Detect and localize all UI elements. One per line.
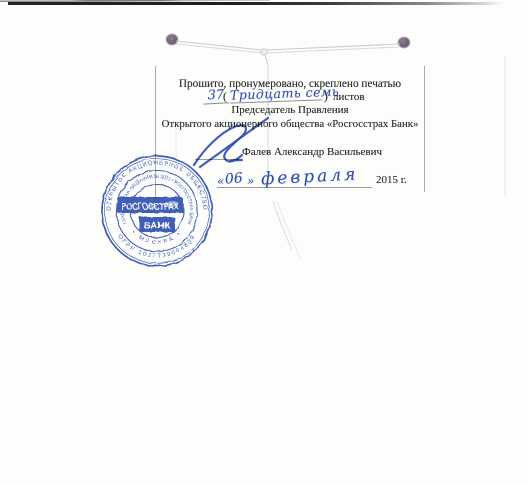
- seal-center-bar-2: [139, 217, 175, 232]
- sheet-count-close-paren: ): [324, 91, 328, 103]
- scanned-document-page: Прошито, пронумеровано, скреплено печать…: [0, 0, 529, 485]
- date-year: 2015 г.: [376, 174, 407, 186]
- svg-text:ОГРН 1027739004809: ОГРН 1027739004809: [116, 234, 198, 260]
- grommet-right: [398, 37, 410, 48]
- date-open-quote: «: [217, 174, 224, 188]
- label-line-company: Открытого акционерного общества «Росгосс…: [155, 118, 425, 130]
- seal-inner-ring-bottom-text: • МОСКВА •: [130, 230, 183, 246]
- sheet-count-words: Тридцать семь: [230, 84, 323, 103]
- date-close-quote: »: [247, 174, 254, 188]
- signature-underline: [195, 159, 239, 160]
- stitch-label: Прошито, пронумеровано, скреплено печать…: [155, 66, 425, 200]
- sheet-count-open-paren: (: [223, 91, 227, 103]
- seal-center-text-2: БАНК: [144, 221, 171, 232]
- sheet-count-suffix: листов: [333, 91, 365, 103]
- thread-knot: [261, 49, 268, 56]
- svg-text:• МОСКВА •: • МОСКВА •: [130, 230, 183, 246]
- grommet-left: [166, 34, 178, 45]
- date-month: февраля: [261, 164, 359, 189]
- seal-center-text-1: РОСГОССТРАХ: [121, 202, 180, 213]
- seal-outer-ring-bottom-text: ОГРН 1027739004809: [116, 234, 198, 260]
- label-line-role: Председатель Правления: [155, 104, 425, 116]
- signer-name: Фалев Александр Васильевич: [242, 146, 382, 158]
- date-day: 06: [224, 170, 243, 187]
- scan-top-edge: [8, 2, 502, 5]
